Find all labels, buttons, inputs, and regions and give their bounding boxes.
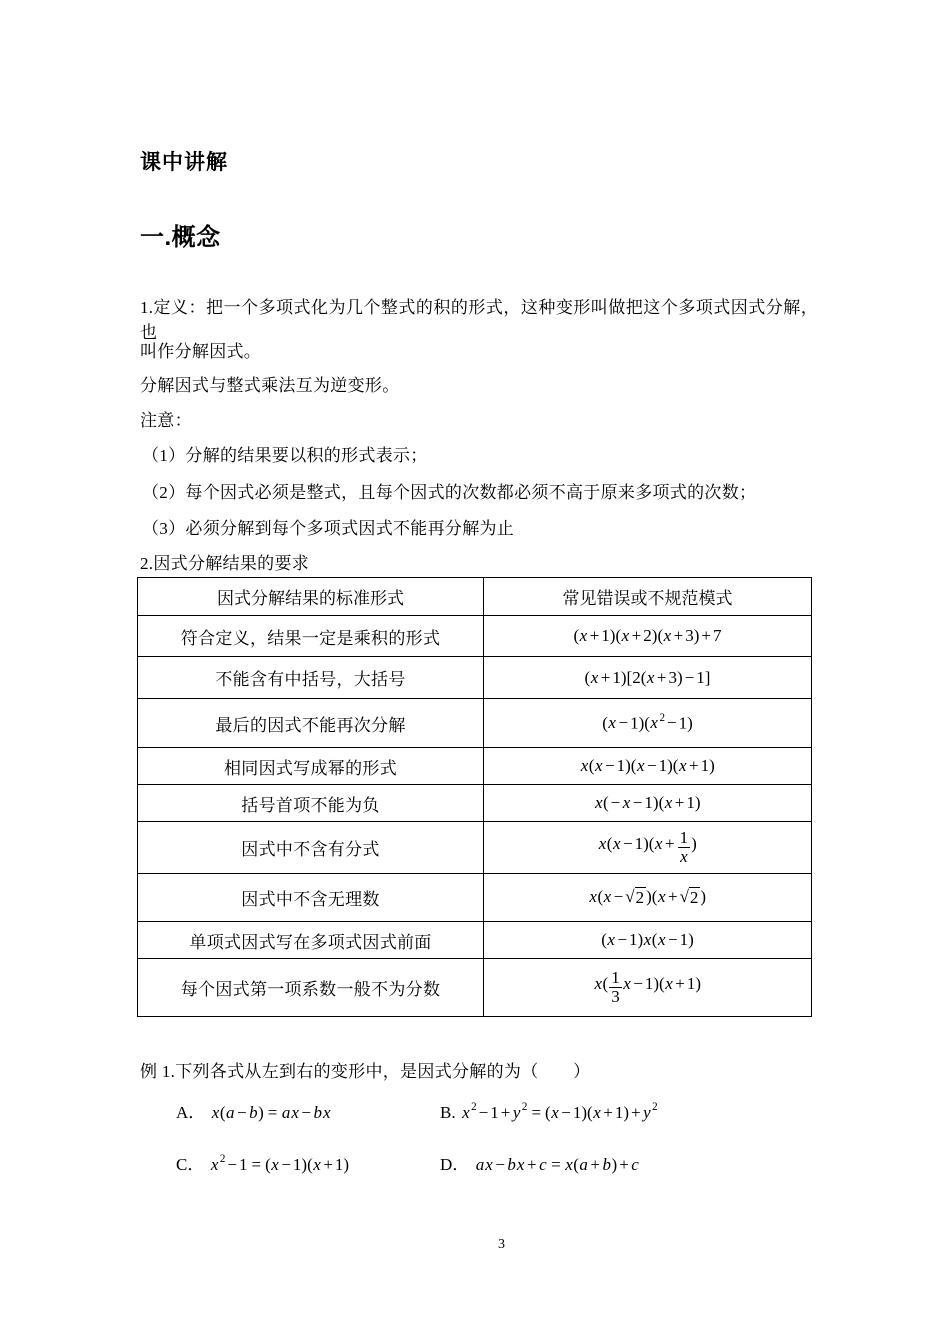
rule-cell: 每个因式第一项系数一般不为分数 — [138, 959, 484, 1017]
rule-cell: 最后的因式不能再次分解 — [138, 699, 484, 748]
options-row-ab: A．x(a−b)=ax−bxB.x2−1+y2=(x−1)(x+1)+y2 — [176, 1098, 658, 1123]
option-c: C．x2−1=(x−1)(x+1) — [176, 1150, 440, 1175]
note-item-3: （3）必须分解到每个多项式因式不能再分解为止 — [142, 514, 514, 539]
option-label: C． — [176, 1155, 204, 1174]
inverse-statement: 分解因式与整式乘法互为逆变形。 — [140, 371, 400, 396]
page-title: 课中讲解 — [140, 146, 228, 176]
table-row: 单项式因式写在多项式因式前面(x−1)x(x−1) — [138, 922, 812, 959]
table-caption: 2.因式分解结果的要求 — [140, 549, 309, 574]
math-cell: (x+1)[2(x+3)−1] — [484, 657, 812, 699]
option-label: D． — [440, 1155, 469, 1174]
math-cell: x(−x−1)(x+1) — [484, 785, 812, 822]
option-label: B. — [440, 1103, 456, 1122]
rule-cell: 符合定义，结果一定是乘积的形式 — [138, 616, 484, 657]
definition-line-2: 叫作分解因式。 — [140, 337, 261, 362]
table-row: 最后的因式不能再次分解(x−1)(x2−1) — [138, 699, 812, 748]
table-row: 每个因式第一项系数一般不为分数x(13x−1)(x+1) — [138, 959, 812, 1017]
section-heading: 一.概念 — [140, 217, 221, 252]
table-row: 相同因式写成幂的形式x(x−1)(x−1)(x+1) — [138, 748, 812, 785]
option-d: D．ax−bx+c=x(a+b)+c — [440, 1150, 639, 1175]
table-row: 括号首项不能为负x(−x−1)(x+1) — [138, 785, 812, 822]
rule-cell: 相同因式写成幂的形式 — [138, 748, 484, 785]
example-prompt: 例 1.下列各式从左到右的变形中，是因式分解的为（ ） — [140, 1057, 590, 1082]
math-cell: x(x−√2)(x+√2) — [484, 874, 812, 922]
option-formula: x(a−b)=ax−bx — [211, 1103, 331, 1122]
rule-cell: 不能含有中括号，大括号 — [138, 657, 484, 699]
math-cell: x(x−1)(x−1)(x+1) — [484, 748, 812, 785]
table-row: 因式中不含有分式x(x−1)(x+1x) — [138, 822, 812, 874]
option-label: A． — [176, 1103, 205, 1122]
math-cell: (x+1)(x+2)(x+3)+7 — [484, 616, 812, 657]
table-header-row: 因式分解结果的标准形式 常见错误或不规范模式 — [138, 578, 812, 616]
option-a: A．x(a−b)=ax−bx — [176, 1098, 440, 1123]
table-header-standard-form: 因式分解结果的标准形式 — [138, 578, 484, 616]
math-cell: x(13x−1)(x+1) — [484, 959, 812, 1017]
rule-cell: 括号首项不能为负 — [138, 785, 484, 822]
table-row: 因式中不含无理数x(x−√2)(x+√2) — [138, 874, 812, 922]
option-formula: x2−1=(x−1)(x+1) — [210, 1155, 349, 1174]
table-row: 符合定义，结果一定是乘积的形式(x+1)(x+2)(x+3)+7 — [138, 616, 812, 657]
note-item-2: （2）每个因式必须是整式，且每个因式的次数都必须不高于原来多项式的次数； — [142, 478, 756, 503]
table-row: 不能含有中括号，大括号(x+1)[2(x+3)−1] — [138, 657, 812, 699]
option-b: B.x2−1+y2=(x−1)(x+1)+y2 — [440, 1102, 658, 1123]
note-label: 注意： — [140, 406, 192, 431]
table-header-common-errors: 常见错误或不规范模式 — [484, 578, 812, 616]
note-item-1: （1）分解的结果要以积的形式表示； — [142, 441, 428, 466]
document-page: 课中讲解 一.概念 1.定义：把一个多项式化为几个整式的积的形式，这种变形叫做把… — [0, 0, 950, 1344]
rule-cell: 因式中不含有分式 — [138, 822, 484, 874]
option-formula: x2−1+y2=(x−1)(x+1)+y2 — [462, 1103, 658, 1122]
math-cell: (x−1)(x2−1) — [484, 699, 812, 748]
page-number: 3 — [498, 1237, 505, 1253]
rule-cell: 因式中不含无理数 — [138, 874, 484, 922]
factorization-rules-table: 因式分解结果的标准形式 常见错误或不规范模式 符合定义，结果一定是乘积的形式(x… — [137, 577, 812, 1017]
definition-line-1: 1.定义：把一个多项式化为几个整式的积的形式，这种变形叫做把这个多项式因式分解，… — [140, 293, 818, 343]
rule-cell: 单项式因式写在多项式因式前面 — [138, 922, 484, 959]
math-cell: x(x−1)(x+1x) — [484, 822, 812, 874]
option-formula: ax−bx+c=x(a+b)+c — [475, 1155, 639, 1174]
math-cell: (x−1)x(x−1) — [484, 922, 812, 959]
options-row-cd: C．x2−1=(x−1)(x+1)D．ax−bx+c=x(a+b)+c — [176, 1150, 639, 1175]
